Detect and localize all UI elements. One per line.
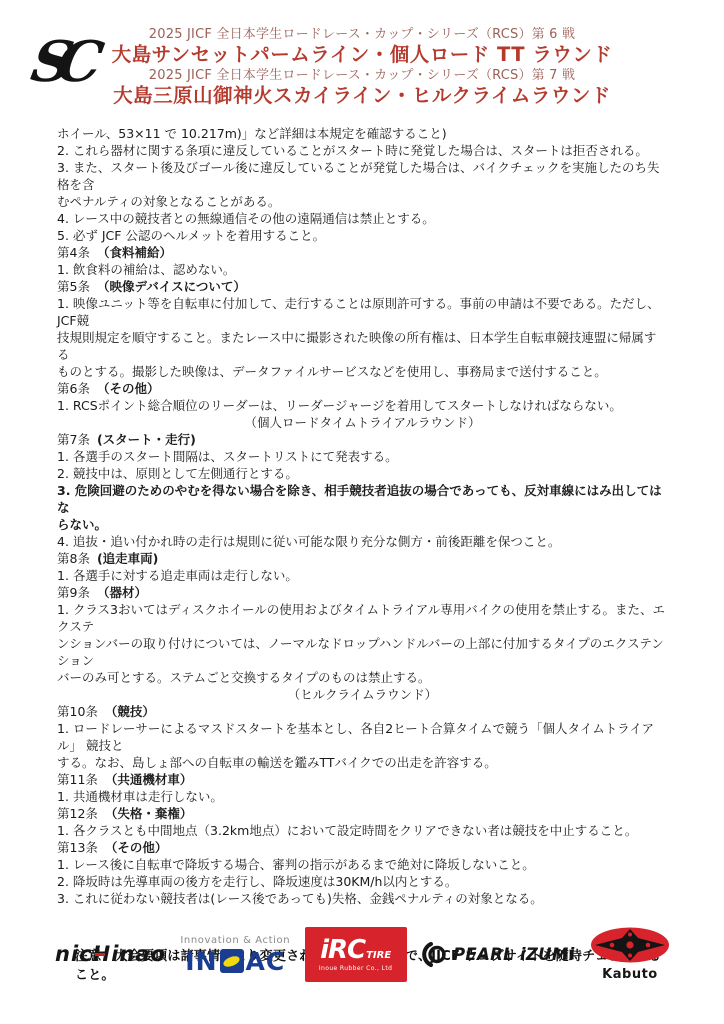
rule-line: 1. 映像ユニット等を自転車に付加して、走行することは原則許可する。事前の申請は… xyxy=(57,295,668,380)
regulations-page: SC 2025 JICF 全日本学生ロードレース・カップ・シリーズ（RCS）第 … xyxy=(0,0,724,1024)
inoac-tagline: Innovation & Action xyxy=(180,935,290,946)
article-heading: 第11条（共通機材車） xyxy=(57,771,668,788)
rule-line: 2. これら器材に関する条項に違反していることがスタート時に発覚した場合は、スタ… xyxy=(57,142,668,159)
rule-line: 1. ロードレーサーによるマスドスタートを基本とし、各自2ヒート合算タイムで競う… xyxy=(57,720,668,771)
rule-line: 2. 競技中は、原則として左側通行とする。 xyxy=(57,465,668,482)
article-heading: 第9条（器材） xyxy=(57,584,668,601)
article-heading: 第12条（失格・棄権） xyxy=(57,805,668,822)
nichinao-logo: nicHinao xyxy=(55,942,166,966)
rule-line: 1. 各選手のスタート間隔は、スタートリストにて発表する。 xyxy=(57,448,668,465)
rule-line: 3. また、スタート後及びゴール後に違反していることが発覚した場合は、バイクチェ… xyxy=(57,159,668,210)
kabuto-wordmark: Kabuto xyxy=(602,967,658,982)
regulations-body: ホイール、53×11 で 10.217m)」など詳細は本規定を確認すること)2.… xyxy=(57,125,668,907)
irc-tire-label: TIRE xyxy=(366,951,391,961)
article-heading: 第10条（競技） xyxy=(57,703,668,720)
rule-line: 4. レース中の競技者との無線通信その他の遠隔通信は禁止とする。 xyxy=(57,210,668,227)
rule-line: 5. 必ず JCF 公認のヘルメットを着用すること。 xyxy=(57,227,668,244)
article-heading: 第13条（その他） xyxy=(57,839,668,856)
inoac-logo: Innovation & Action INAC xyxy=(180,935,290,974)
rule-line: 1. 飲食料の補給は、認めない。 xyxy=(57,261,668,278)
rule-line: 1. RCSポイント総合順位のリーダーは、リーダージャージを着用してスタートしな… xyxy=(57,397,668,414)
inoac-wordmark: INAC xyxy=(185,949,285,974)
rule-line: 3. 危険回避のためのやむを得ない場合を除き、相手競技者追抜の場合であっても、反… xyxy=(57,482,668,533)
nichinao-wordmark-right: inao xyxy=(111,942,166,966)
round-section-heading: （ヒルクライムラウンド） xyxy=(57,686,668,703)
sponsor-bar: nicHinao Innovation & Action INAC iRCTIR… xyxy=(55,926,671,982)
round-section-heading: （個人ロードタイムトライアルラウンド） xyxy=(57,414,668,431)
kabuto-emblem-icon xyxy=(589,926,671,966)
pearl-izumi-wordmark: PEARL iZUMi xyxy=(453,945,575,964)
nichinao-wordmark-left: nic xyxy=(55,942,93,966)
rule-line: 1. クラス3おいてはディスクホイールの使用およびタイムトライアル専用バイクの使… xyxy=(57,601,668,686)
irc-tire-logo: iRCTIRE Inoue Rubber Co., Ltd xyxy=(305,927,407,982)
inoac-o-mark-icon xyxy=(220,949,244,973)
inoac-wordmark-left: IN xyxy=(185,949,217,974)
inoac-wordmark-right: AC xyxy=(246,949,286,974)
rule-line: ホイール、53×11 で 10.217m)」など詳細は本規定を確認すること) xyxy=(57,125,668,142)
nichinao-red-bar-icon xyxy=(95,953,105,956)
jicf-sc-logo: SC xyxy=(25,26,124,102)
article-heading: 第7条(スタート・走行) xyxy=(57,431,668,448)
irc-wordmark: iRCTIRE xyxy=(320,937,391,963)
pearl-izumi-logo: PEARL iZUMi xyxy=(421,941,575,968)
rule-line: 1. 各クラスとも中間地点（3.2km地点）において設定時間をクリアできない者は… xyxy=(57,822,668,839)
irc-brand: iRC xyxy=(320,937,365,963)
kabuto-logo: Kabuto xyxy=(589,926,671,982)
rule-line: 1. レース後に自転車で降坂する場合、審判の指示があるまで絶対に降坂しないこと。 xyxy=(57,856,668,873)
pearl-izumi-ring-icon xyxy=(421,941,448,968)
rule-line: 2. 降坂時は先導車両の後方を走行し、降坂速度は30KM/h以内とする。 xyxy=(57,873,668,890)
irc-company-line: Inoue Rubber Co., Ltd xyxy=(319,965,392,972)
article-heading: 第6条（その他） xyxy=(57,380,668,397)
rule-line: 3. これに従わない競技者は(レース後であっても)失格、金銭ペナルティの対象とな… xyxy=(57,890,668,907)
article-heading: 第4条（食料補給） xyxy=(57,244,668,261)
article-heading: 第5条（映像デバイスについて） xyxy=(57,278,668,295)
rule-line: 1. 各選手に対する追走車両は走行しない。 xyxy=(57,567,668,584)
rule-line: 4. 追抜・追い付かれ時の走行は規則に従い可能な限り充分な側方・前後距離を保つこ… xyxy=(57,533,668,550)
article-heading: 第8条(追走車両) xyxy=(57,550,668,567)
inoac-yellow-oval-icon xyxy=(222,954,241,969)
nichinao-h: H xyxy=(93,942,112,966)
rule-line: 1. 共通機材車は走行しない。 xyxy=(57,788,668,805)
